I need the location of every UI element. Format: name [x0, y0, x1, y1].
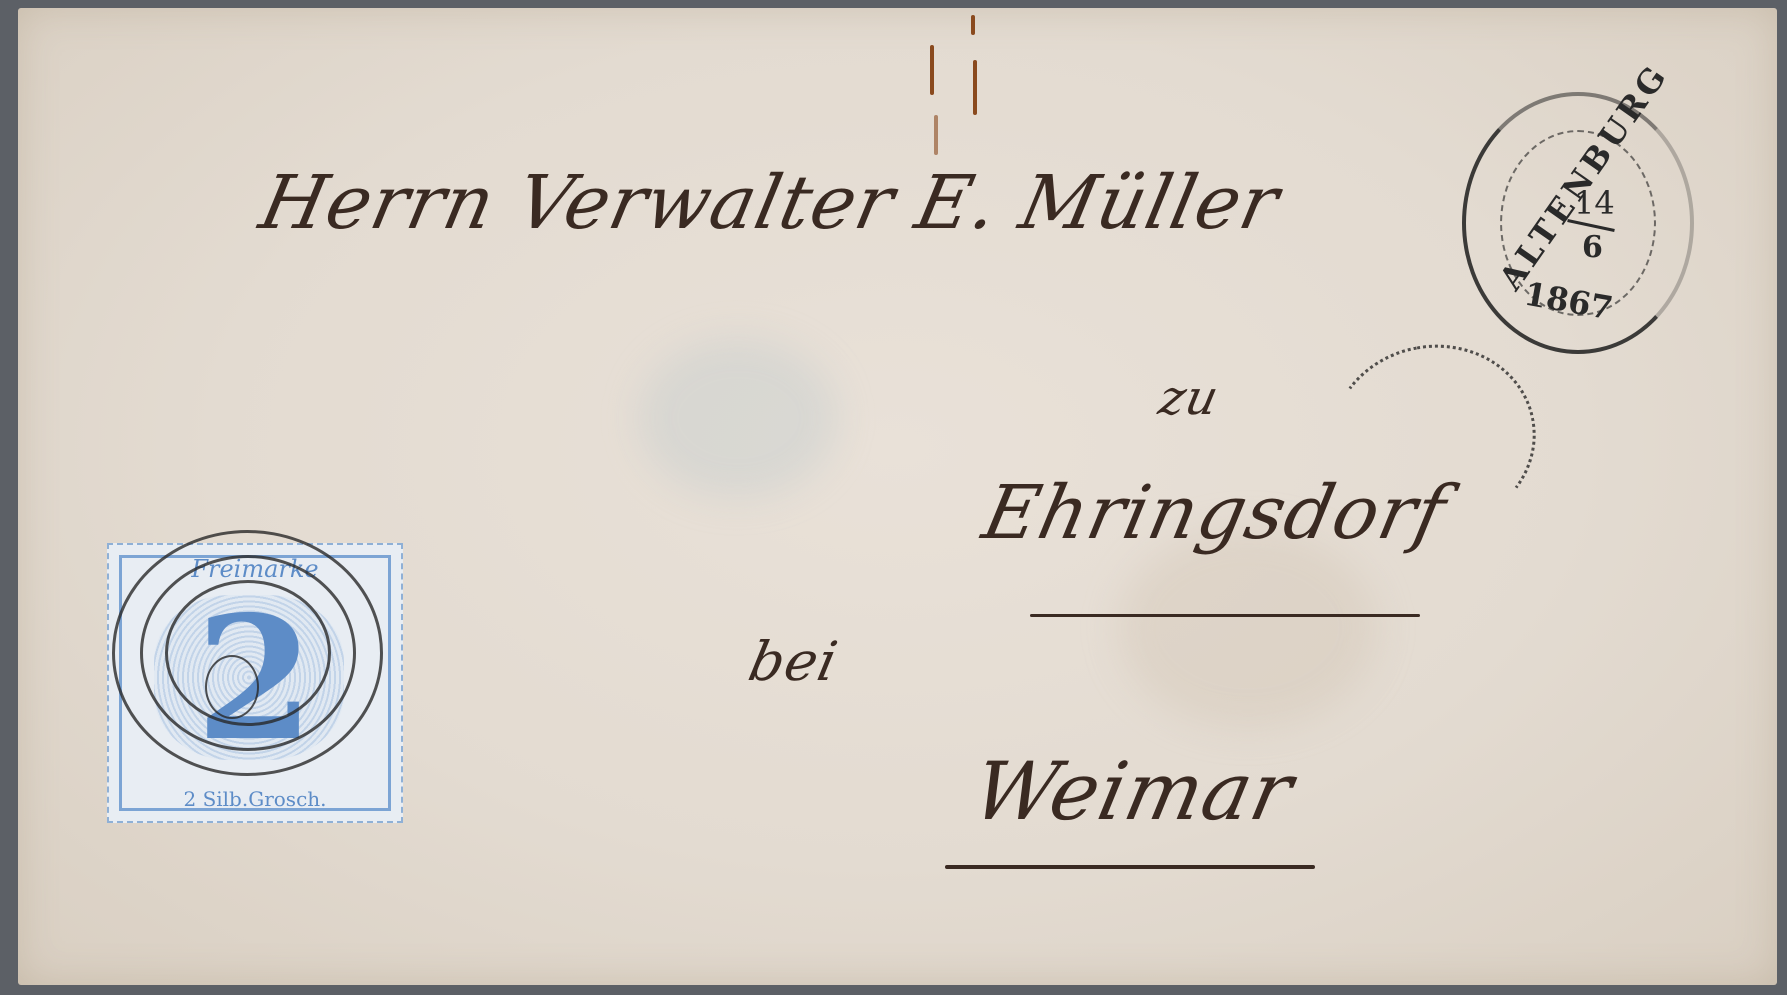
paper-stain — [1118, 528, 1378, 728]
postmark-month: 6 — [1582, 230, 1603, 265]
paper-stain — [638, 338, 838, 498]
red-crayon-mark — [973, 60, 977, 115]
red-crayon-mark — [934, 115, 938, 155]
red-crayon-mark — [930, 45, 934, 95]
stamp-denomination: 2 Silb.Grosch. — [109, 787, 401, 811]
red-crayon-mark — [971, 15, 975, 35]
address-line-bei: bei — [743, 630, 843, 693]
address-line-recipient: Herrn Verwalter E. Müller — [253, 160, 1287, 246]
village-underline — [1030, 614, 1420, 617]
postmark: ALTENBURG 14 6 1867 — [1462, 92, 1694, 354]
address-line-zu: zu — [1154, 370, 1224, 426]
address-line-city: Weimar — [965, 745, 1301, 838]
city-underline — [945, 865, 1315, 869]
cancel-ring — [205, 655, 259, 719]
postmark-day: 14 — [1574, 184, 1615, 222]
